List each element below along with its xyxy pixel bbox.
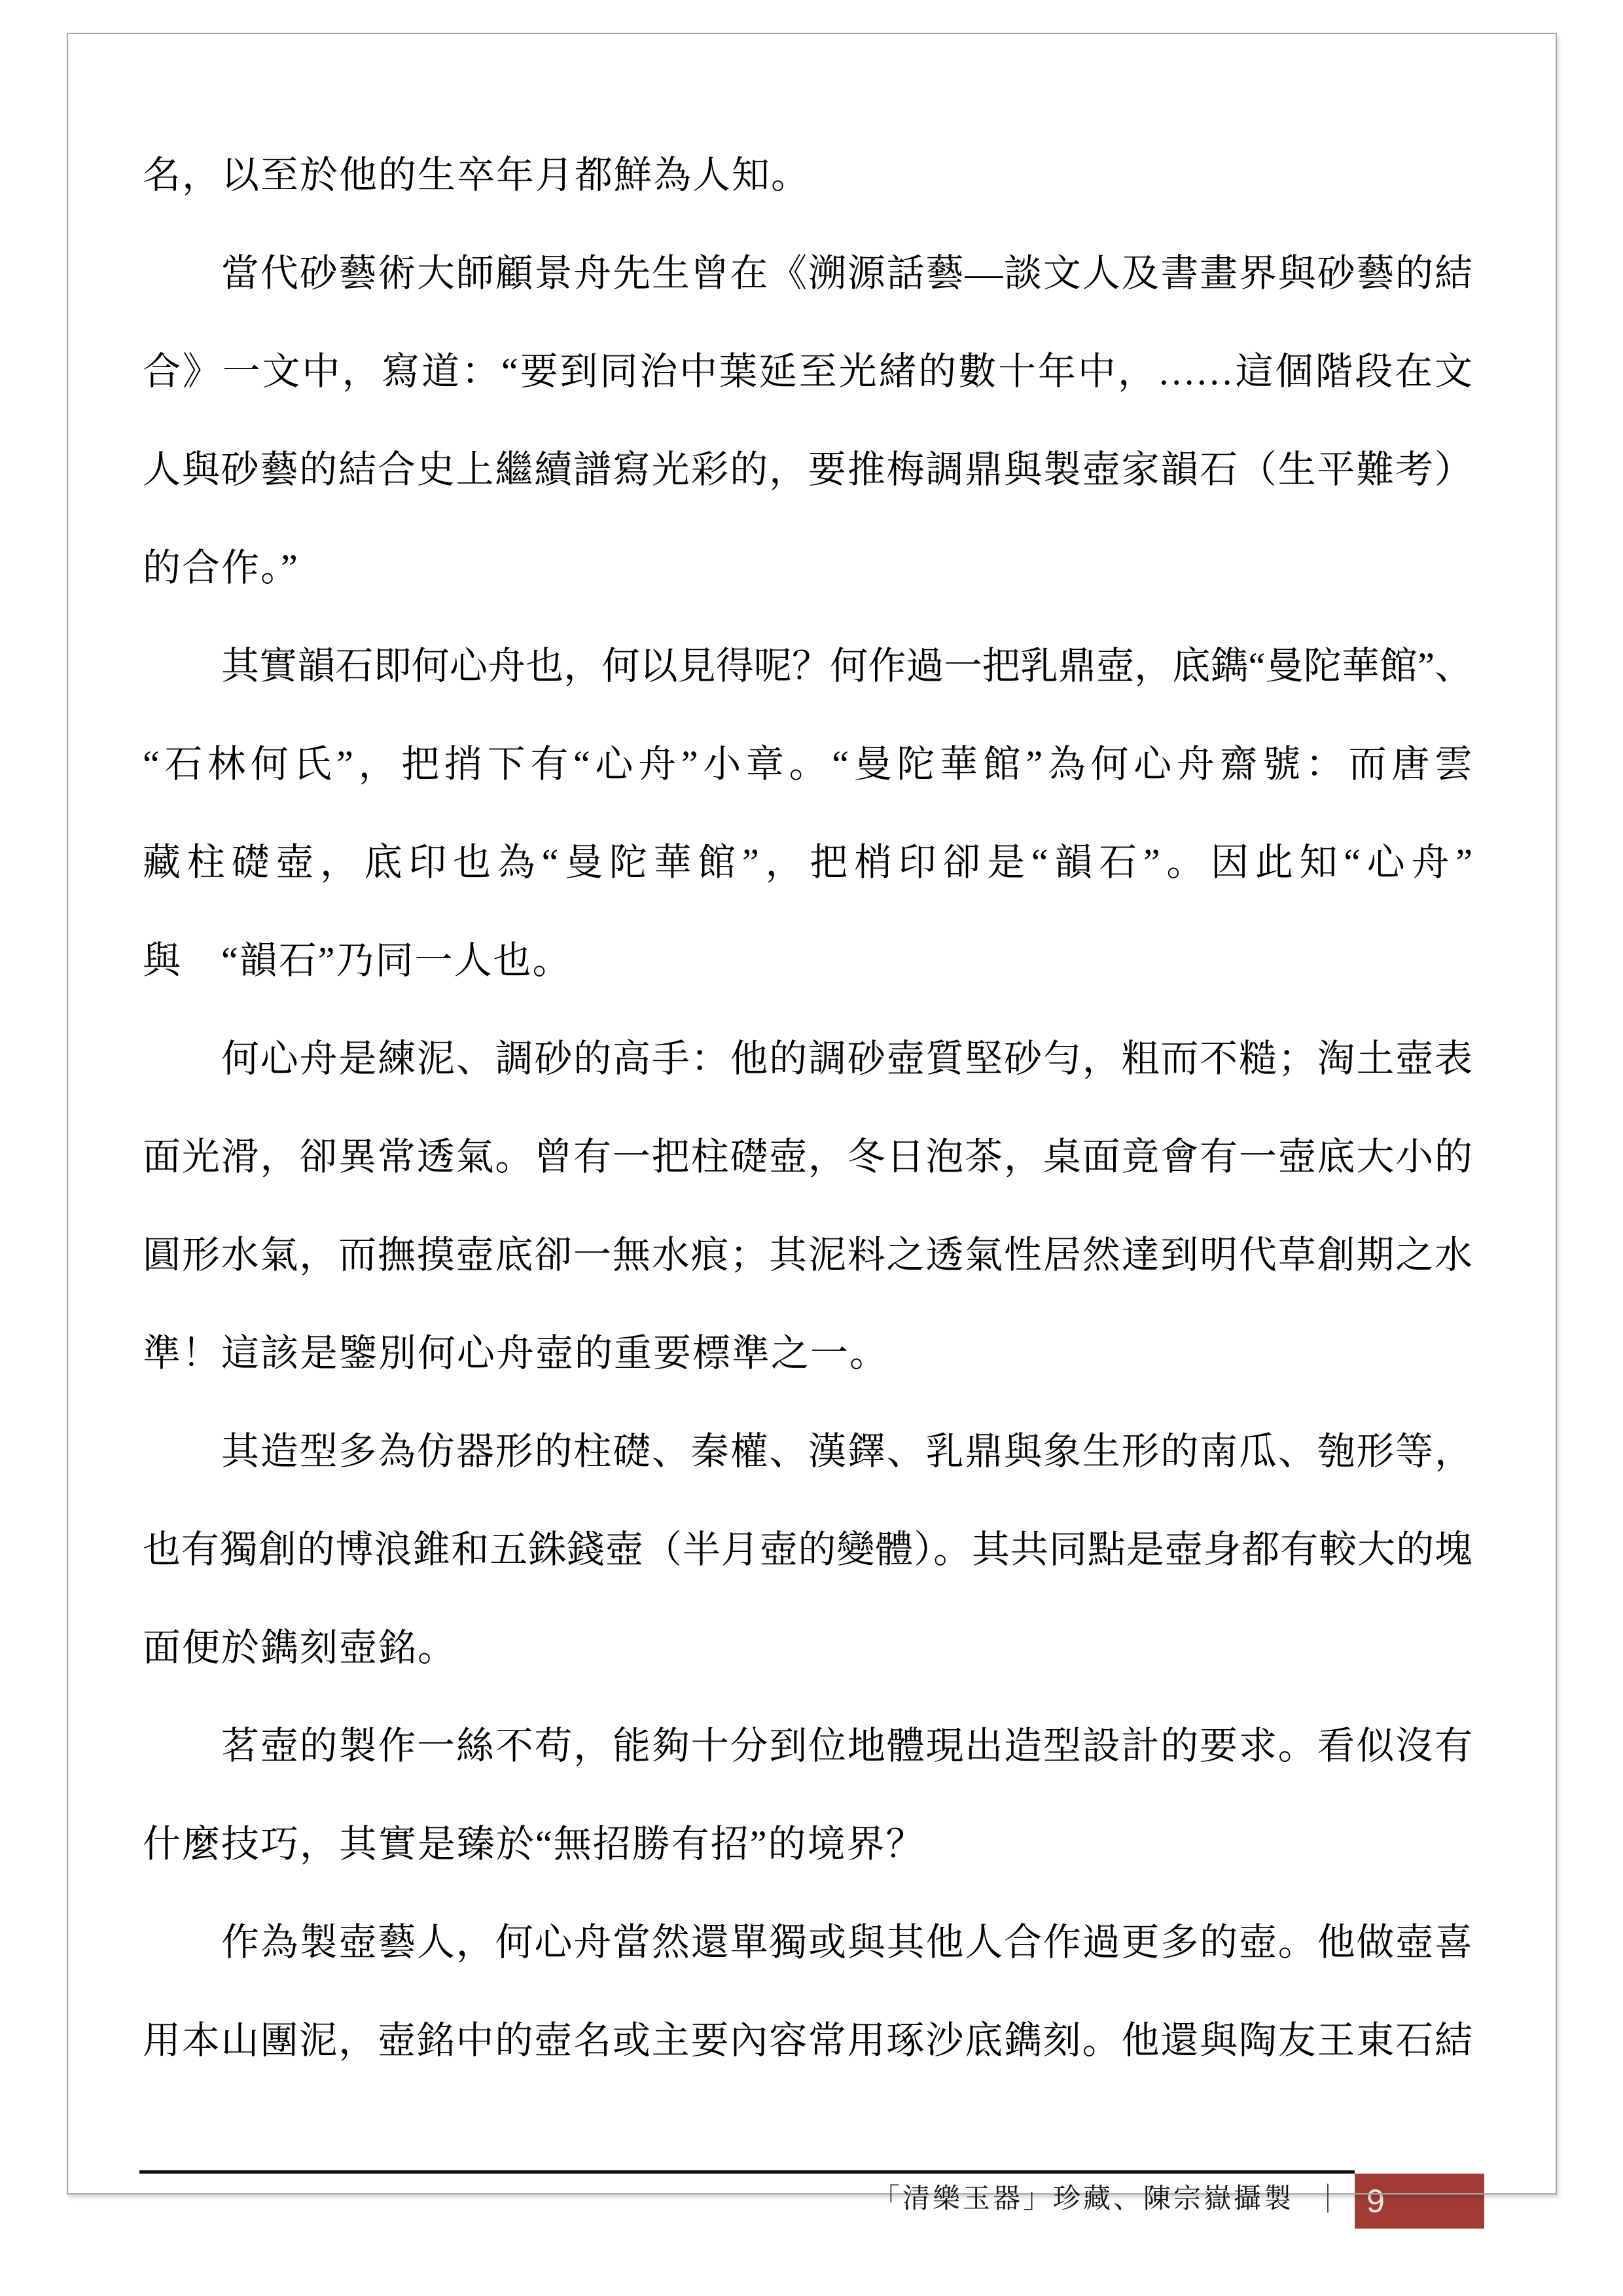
text-line: 作為製壺藝人，何心舟當然還單獨或與其他人合作過更多的壺。他做壺喜 [143, 1893, 1472, 1992]
text-line: 當代砂藝術大師顧景舟先生曾在《溯源話藝—談文人及書畫界與砂藝的結 [143, 224, 1472, 323]
text-line: 名，以至於他的生卒年月都鮮為人知。 [143, 126, 1472, 224]
text-line: 面光滑，卻異常透氣。曾有一把柱礎壺，冬日泡茶，桌面竟會有一壺底大小的 [143, 1108, 1472, 1206]
text-line: 用本山團泥，壺銘中的壺名或主要內容常用琢沙底鐫刻。他還與陶友王東石結 [143, 1992, 1472, 2090]
page-number-badge: 9 [1355, 2174, 1484, 2229]
text-line: 人與砂藝的結合史上繼續譜寫光彩的，要推梅調鼎與製壺家韻石（生平難考） [143, 421, 1472, 519]
text-line: 準！這該是鑒別何心舟壺的重要標準之一。 [143, 1304, 1472, 1403]
footer-credit-label: 「清樂玉器」珍藏、陳宗嶽攝製 [872, 2177, 1294, 2216]
text-line: 茗壺的製作一絲不苟，能夠十分到位地體現出造型設計的要求。看似沒有 [143, 1697, 1472, 1795]
text-line: 藏柱礎壺，底印也為“曼陀華館”，把梢印卻是“韻石”。因此知“心舟” [143, 814, 1472, 912]
text-line: 合》一文中，寫道：“要到同治中葉延至光緒的數十年中，……這個階段在文 [143, 323, 1472, 421]
text-line: 圓形水氣，而撫摸壺底卻一無水痕；其泥料之透氣性居然達到明代草創期之水 [143, 1206, 1472, 1304]
text-line: 其實韻石即何心舟也，何以見得呢？何作過一把乳鼎壺，底鐫“曼陀華館”、 [143, 617, 1472, 715]
footer-divider: ｜ [1313, 2176, 1342, 2217]
text-line: 的合作。” [143, 519, 1472, 617]
text-line: 也有獨創的博浪錐和五銖錢壺（半月壺的變體）。其共同點是壺身都有較大的塊 [143, 1501, 1472, 1599]
text-line: 何心舟是練泥、調砂的高手：他的調砂壺質堅砂勻，粗而不糙；淘土壺表 [143, 1010, 1472, 1108]
footer-credit: 「清樂玉器」珍藏、陳宗嶽攝製 ｜ [872, 2177, 1345, 2216]
text-line: 與 “韻石”乃同一人也。 [143, 912, 1472, 1010]
text-line: 其造型多為仿器形的柱礎、秦權、漢鐸、乳鼎與象生形的南瓜、匏形等， [143, 1403, 1472, 1501]
text-line: 面便於鐫刻壺銘。 [143, 1599, 1472, 1697]
text-line: 什麼技巧，其實是臻於“無招勝有招”的境界？ [143, 1795, 1472, 1893]
page-number: 9 [1366, 2174, 1385, 2229]
text-block: 名，以至於他的生卒年月都鮮為人知。當代砂藝術大師顧景舟先生曾在《溯源話藝—談文人… [143, 126, 1472, 2090]
footer-rule [139, 2170, 1355, 2174]
text-line: “石林何氏”，把捎下有“心舟”小章。“曼陀華館”為何心舟齋號：而唐雲 [143, 715, 1472, 814]
